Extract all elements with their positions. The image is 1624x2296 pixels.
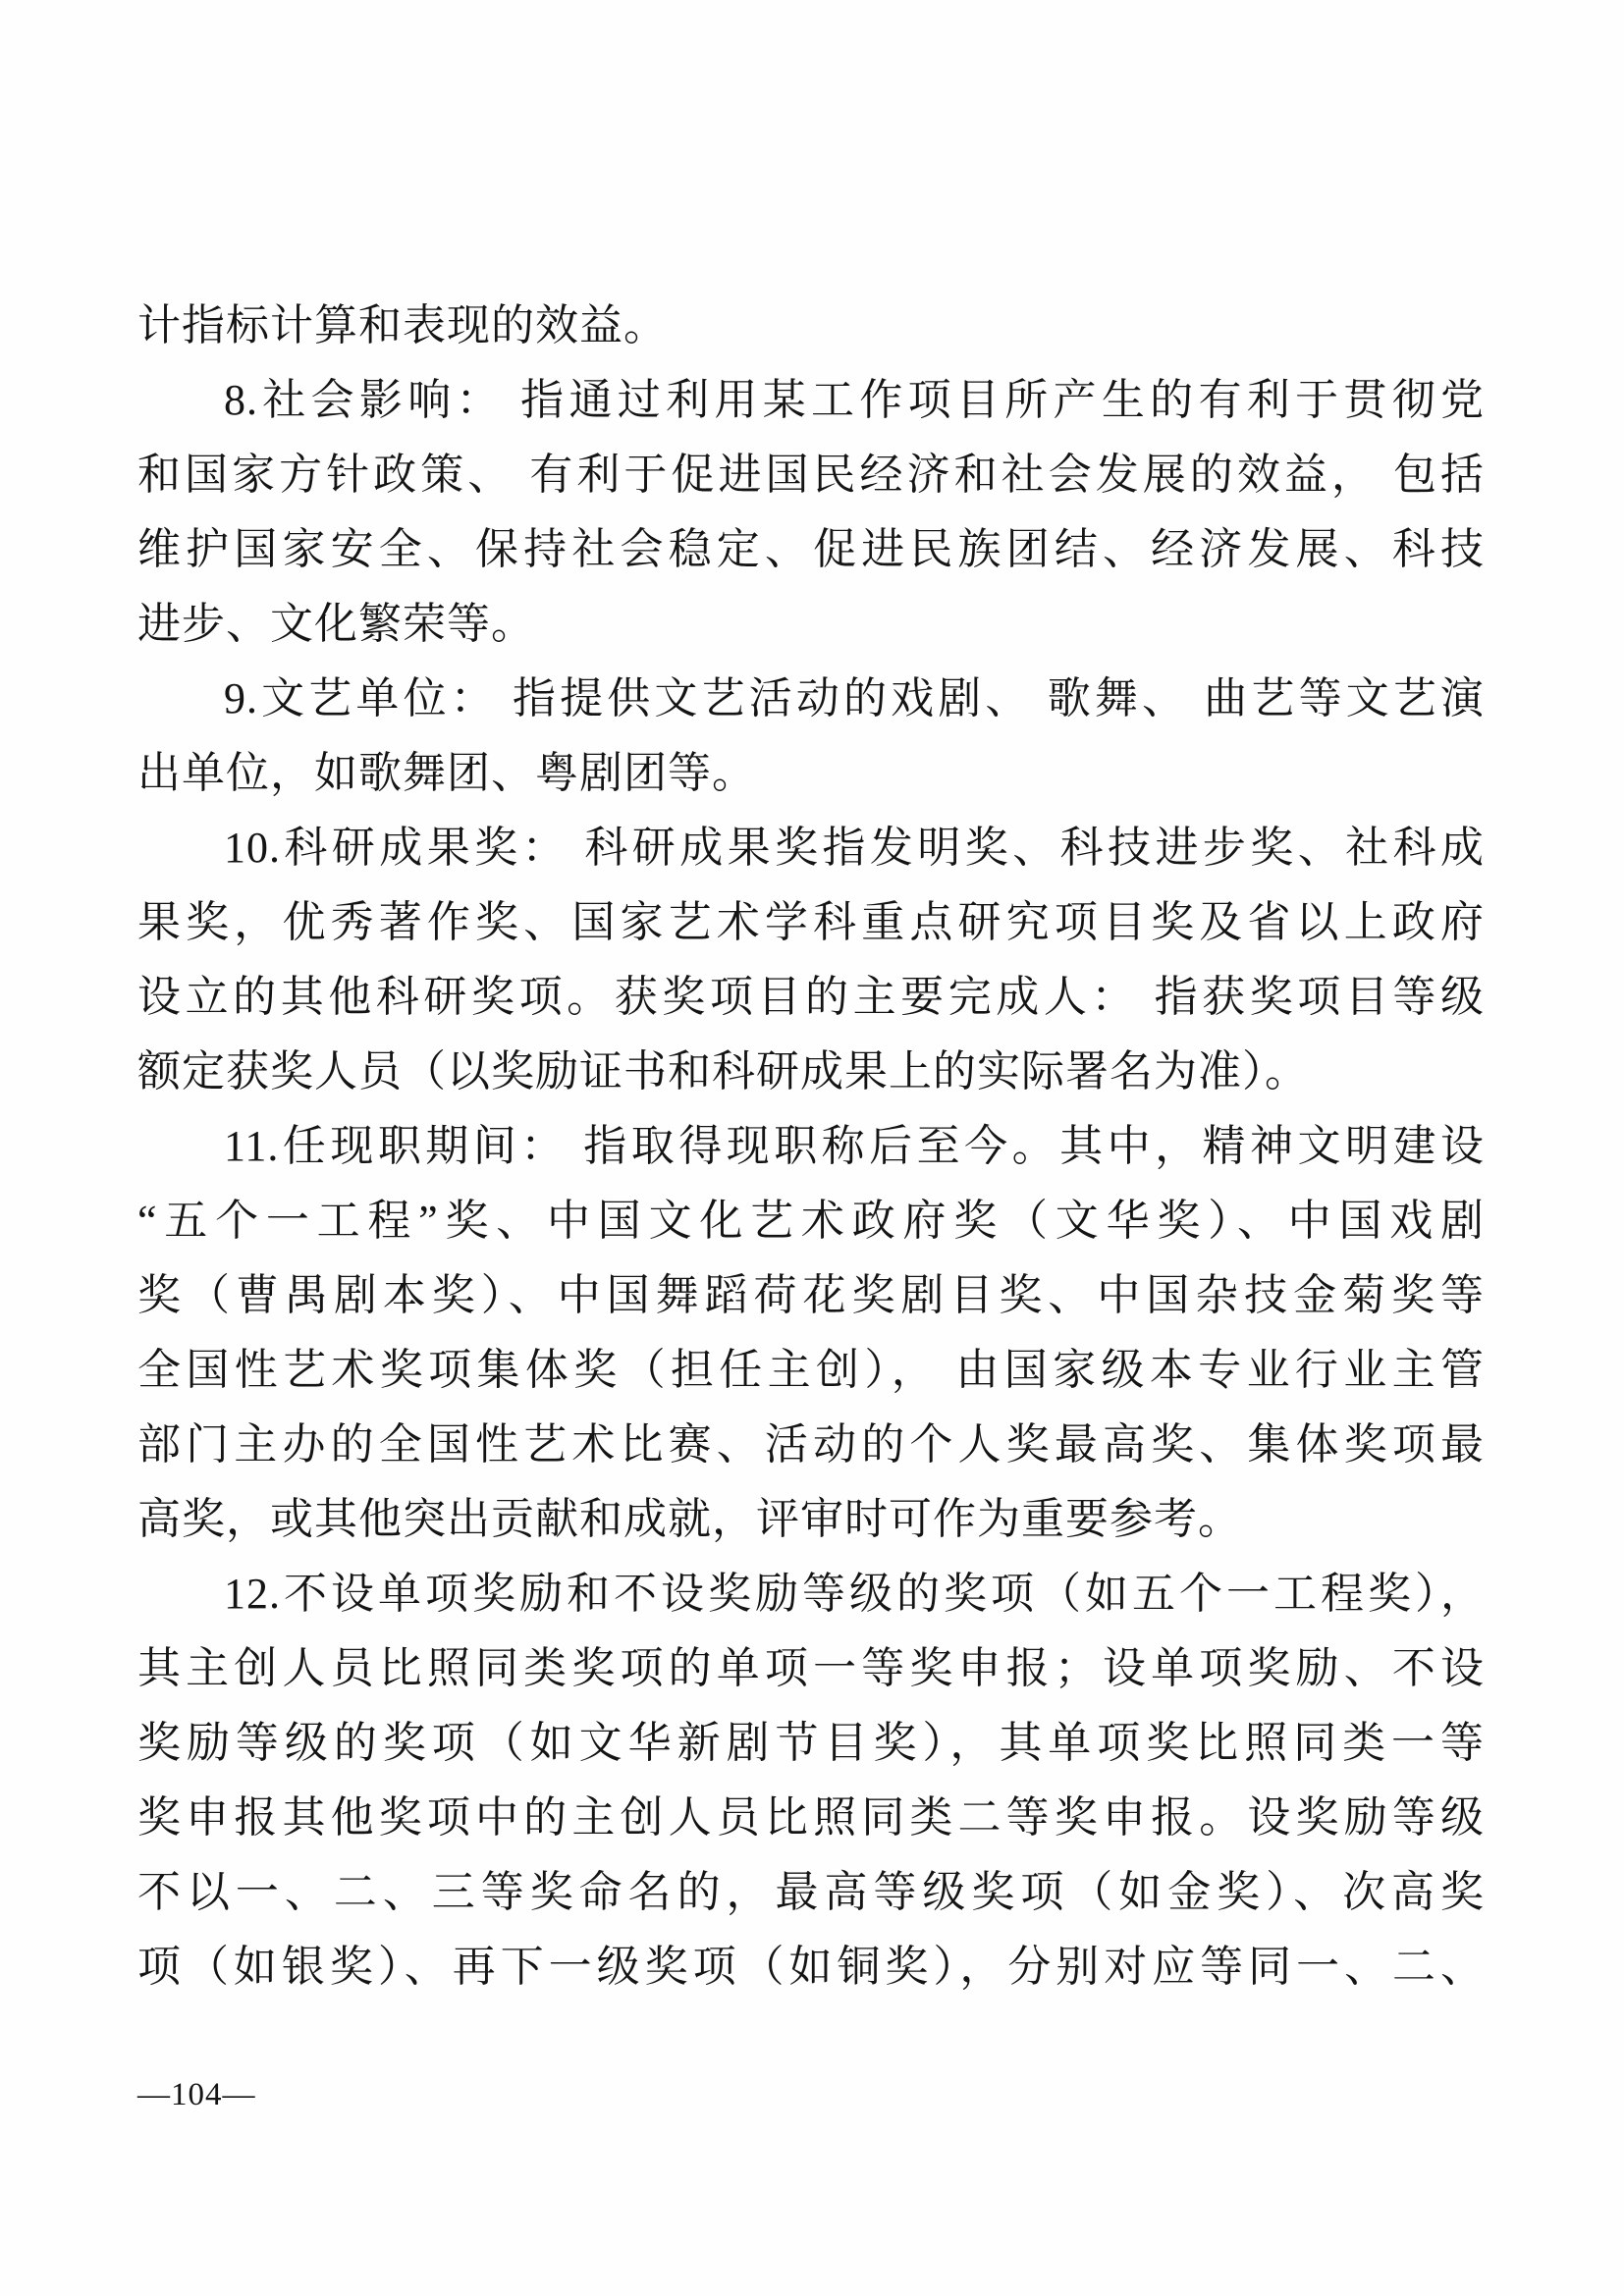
page-number: —104— — [137, 2073, 256, 2116]
text-line: 和国家方针政策、 有利于促进国民经济和社会发展的效益， 包括 — [137, 438, 1485, 512]
text-line: 果奖，优秀著作奖、国家艺术学科重点研究项目奖及省以上政府 — [137, 885, 1485, 960]
text-line: 维护国家安全、保持社会稳定、促进民族团结、经济发展、科技 — [137, 512, 1485, 587]
text-line: 11.任现职期间： 指取得现职称后至今。其中，精神文明建设 — [137, 1109, 1485, 1184]
text-line: 不以一、二、三等奖命名的，最高等级奖项（如金奖）、次高奖 — [137, 1855, 1485, 1930]
text-line: 奖申报其他奖项中的主创人员比照同类二等奖申报。设奖励等级 — [137, 1781, 1485, 1855]
text-line: 部门主办的全国性艺术比赛、活动的个人奖最高奖、集体奖项最 — [137, 1408, 1485, 1482]
text-line: 其主创人员比照同类奖项的单项一等奖申报；设单项奖励、不设 — [137, 1631, 1485, 1706]
text-line: 10.科研成果奖： 科研成果奖指发明奖、科技进步奖、社科成 — [137, 811, 1485, 885]
text-line: 项（如银奖）、再下一级奖项（如铜奖），分别对应等同一、二、 — [137, 1930, 1485, 2004]
document-page: 计指标计算和表现的效益。8.社会影响： 指通过利用某工作项目所产生的有利于贯彻党… — [0, 0, 1624, 2296]
text-line: 全国性艺术奖项集体奖（担任主创）， 由国家级本专业行业主管 — [137, 1333, 1485, 1408]
text-line: 高奖，或其他突出贡献和成就，评审时可作为重要参考。 — [137, 1482, 1485, 1557]
text-line: 计指标计算和表现的效益。 — [137, 289, 1485, 363]
text-line: 12.不设单项奖励和不设奖励等级的奖项（如五个一工程奖）， — [137, 1557, 1485, 1631]
text-line: “五个一工程”奖、中国文化艺术政府奖（文华奖）、中国戏剧 — [137, 1184, 1485, 1258]
text-line: 额定获奖人员（以奖励证书和科研成果上的实际署名为准）。 — [137, 1035, 1485, 1109]
text-line: 设立的其他科研奖项。获奖项目的主要完成人： 指获奖项目等级 — [137, 960, 1485, 1035]
text-line: 出单位，如歌舞团、粤剧团等。 — [137, 736, 1485, 811]
text-line: 奖（曹禺剧本奖）、中国舞蹈荷花奖剧目奖、中国杂技金菊奖等 — [137, 1258, 1485, 1333]
text-line: 进步、文化繁荣等。 — [137, 587, 1485, 662]
text-line: 奖励等级的奖项（如文华新剧节目奖），其单项奖比照同类一等 — [137, 1706, 1485, 1781]
text-line: 8.社会影响： 指通过利用某工作项目所产生的有利于贯彻党 — [137, 363, 1485, 438]
text-block: 计指标计算和表现的效益。8.社会影响： 指通过利用某工作项目所产生的有利于贯彻党… — [137, 289, 1485, 2004]
text-line: 9.文艺单位： 指提供文艺活动的戏剧、 歌舞、 曲艺等文艺演 — [137, 662, 1485, 736]
